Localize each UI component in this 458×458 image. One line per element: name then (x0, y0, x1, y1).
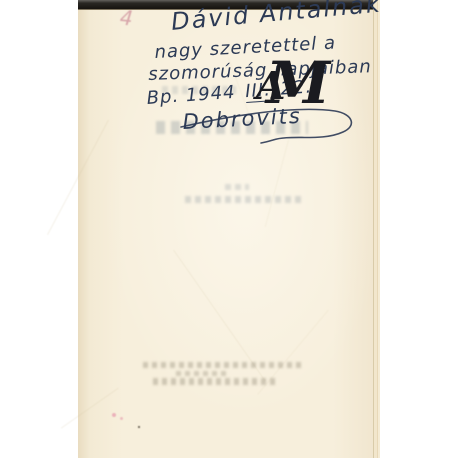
bleedthrough-imprint-line (143, 362, 301, 368)
bleedthrough-author-line (185, 196, 302, 203)
bleedthrough-imprint-line (176, 371, 229, 376)
inscription-line-1: Dávid Antalnak (170, 0, 383, 36)
photo-canvas: Dávid Antalnak nagy szeretettel a szomor… (0, 0, 458, 458)
page-edge-strip (373, 0, 380, 458)
crease-line (47, 120, 109, 235)
dark-speck (138, 426, 140, 428)
monogram-stamp: A M (256, 54, 320, 116)
pink-stain-dot (112, 413, 116, 417)
crease-line (61, 388, 119, 429)
pink-stain-dot (120, 417, 123, 420)
pencil-price-mark: 4 (119, 5, 134, 30)
book-page-photo: Dávid Antalnak nagy szeretettel a szomor… (78, 0, 380, 458)
monogram-letter-m: M (266, 54, 330, 112)
bleedthrough-imprint-line (153, 378, 275, 385)
bleedthrough-byline (225, 184, 249, 190)
